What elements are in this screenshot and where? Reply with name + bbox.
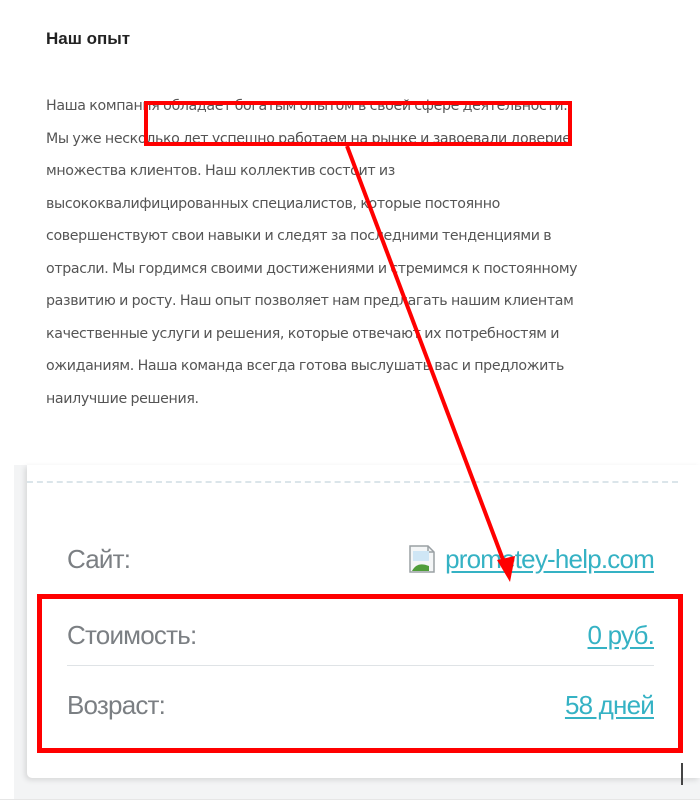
broken-image-icon — [407, 544, 437, 574]
cost-link[interactable]: 0 руб. — [588, 620, 654, 651]
cost-label: Стоимость: — [67, 620, 196, 651]
dashed-divider — [27, 481, 678, 483]
site-link-text[interactable]: prometey-help.com — [445, 544, 654, 575]
info-row-site: Сайт: prometey-help.com — [67, 529, 654, 589]
info-row-cost: Стоимость: 0 руб. — [67, 605, 654, 665]
section-title: Наш опыт — [46, 26, 606, 52]
age-label: Возраст: — [67, 690, 165, 721]
about-section: Наш опыт Наша компания обладает богатым … — [46, 26, 606, 52]
text-cursor — [681, 763, 683, 785]
site-link[interactable]: prometey-help.com — [407, 544, 654, 575]
info-card: Сайт: prometey-help.com Стоимость: 0 руб… — [27, 465, 700, 778]
bottom-divider — [0, 799, 700, 800]
site-label: Сайт: — [67, 544, 130, 575]
about-text: Наша компания обладает богатым опытом в … — [46, 90, 586, 415]
info-row-age: Возраст: 58 дней — [67, 675, 654, 735]
age-link[interactable]: 58 дней — [565, 690, 654, 721]
row-divider — [67, 665, 654, 666]
